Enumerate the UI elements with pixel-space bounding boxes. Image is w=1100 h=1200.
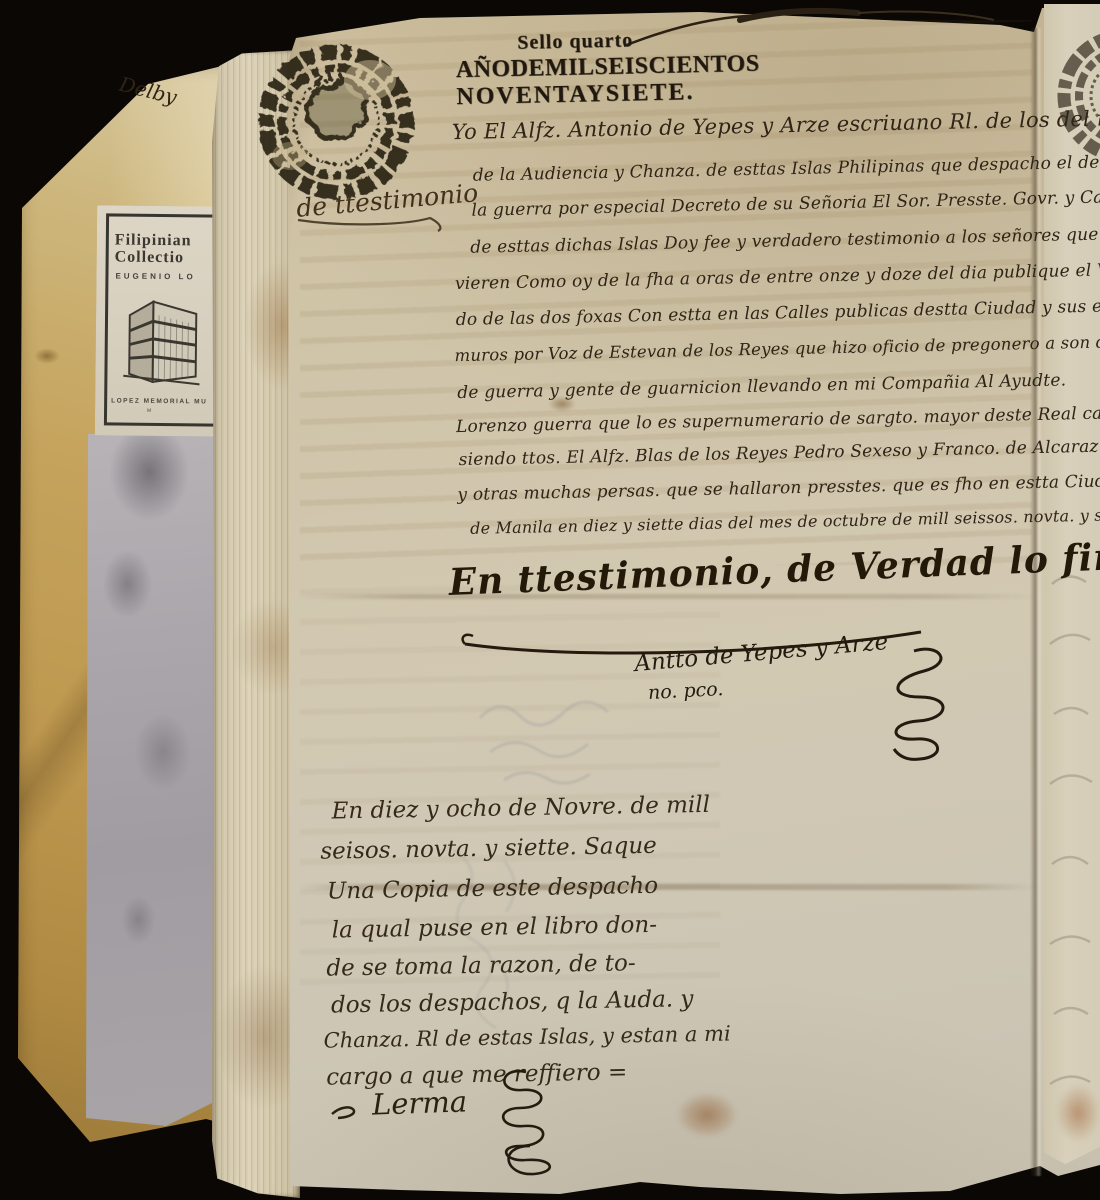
note-line: la qual puse en el libro don- bbox=[331, 912, 657, 944]
body-paragraph: Yo El Alfz. Antonio de Yepes y Arze escr… bbox=[0, 0, 1100, 610]
note-line: de se toma la razon, de to- bbox=[326, 950, 636, 981]
registration-note: En diez y ocho de Novre. de mill seisos.… bbox=[319, 791, 744, 1098]
body-line: do de las dos foxas Con estta en las Cal… bbox=[456, 296, 1100, 330]
body-line: siendo ttos. El Alfz. Blas de los Reyes … bbox=[458, 437, 1098, 470]
body-line: de Manila en diez y siette dias del mes … bbox=[470, 504, 1100, 538]
ghost-scribble-icon bbox=[470, 688, 660, 798]
paper-stain bbox=[1056, 1084, 1100, 1142]
body-line: de guerra y gente de guarnicion llevando… bbox=[457, 370, 1066, 403]
note-line: cargo a que me reffiero = bbox=[326, 1059, 627, 1090]
note-line: dos los despachos, q la Auda. y bbox=[331, 986, 694, 1018]
note-line: En diez y ocho de Novre. de mill bbox=[331, 792, 710, 825]
body-line: y otras muchas persas. que se hallaron p… bbox=[457, 471, 1100, 505]
rubric-flourish-icon bbox=[482, 1066, 572, 1184]
ink-blot bbox=[548, 396, 576, 412]
rubric-flourish-icon bbox=[862, 645, 967, 775]
body-line: Yo El Alfz. Antonio de Yepes y Arze escr… bbox=[452, 105, 1100, 144]
ghost-handwriting-icon bbox=[1044, 564, 1100, 1124]
note-line: Una Copia de este despacho bbox=[327, 873, 659, 905]
secretary-signature: Lerma bbox=[371, 1084, 467, 1121]
note-line: Chanza. Rl de estas Islas, y estan a mi bbox=[323, 1022, 730, 1053]
manuscript-photo: Delby Filipinian Collectio EUGENIO LO LO… bbox=[0, 0, 1100, 1200]
body-line: vieren Como oy de la fha a oras de entre… bbox=[455, 260, 1100, 294]
body-line: de la Audiencia y Chanza. de esttas Isla… bbox=[473, 153, 1100, 186]
body-line: la guerra por especial Decreto de su Señ… bbox=[471, 185, 1100, 220]
body-line: muros por Voz de Estevan de los Reyes qu… bbox=[454, 331, 1100, 365]
paper-stain bbox=[676, 1092, 738, 1138]
note-line: seisos. novta. y siette. Saque bbox=[320, 833, 657, 865]
body-line: de esttas dichas Islas Doy fee y verdade… bbox=[470, 223, 1100, 258]
